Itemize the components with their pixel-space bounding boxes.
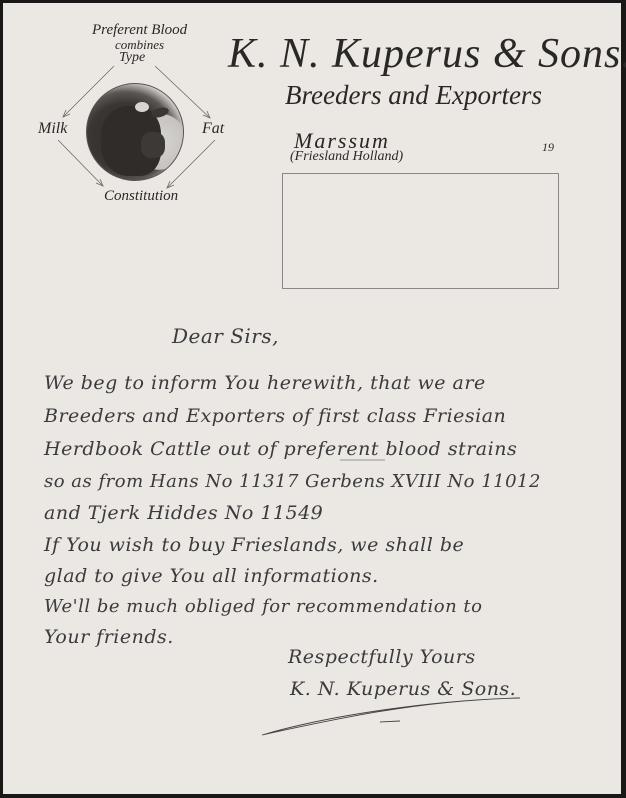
signature-flourish-icon bbox=[0, 0, 626, 798]
